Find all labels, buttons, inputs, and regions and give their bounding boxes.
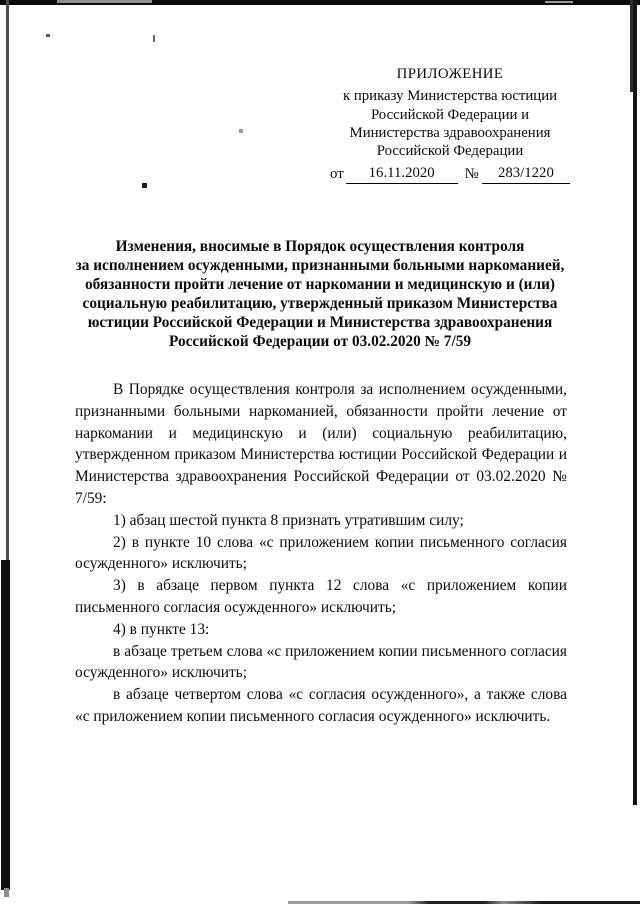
scan-artifact-right-line [633, 0, 637, 805]
scan-artifact-left-line [6, 0, 9, 565]
list-item-4: 4) в пункте 13: [75, 619, 567, 641]
header-line: к приказу Министерства юстиции [330, 87, 570, 105]
order-date-number-row: от 16.11.2020 № 283/1220 [330, 164, 570, 183]
intro-paragraph: В Порядке осуществления контроля за испо… [75, 379, 567, 510]
scan-artifact-top-bar-gap [57, 0, 152, 3]
title-line: обязанности пройти лечение от наркомании… [40, 275, 600, 294]
title-line: Изменения, вносимые в Порядок осуществле… [40, 237, 600, 256]
sub-paragraph: в абзаце третьем слова «с приложением ко… [75, 641, 567, 685]
title-line: Российской Федерации от 03.02.2020 № 7/5… [40, 332, 600, 351]
document-body: В Порядке осуществления контроля за испо… [75, 379, 567, 728]
order-number: 283/1220 [482, 164, 570, 183]
title-line: за исполнением осужденными, признанными … [40, 256, 600, 275]
list-item-2: 2) в пункте 10 слова «с приложением копи… [75, 532, 567, 576]
header-line: Российской Федерации [330, 142, 570, 160]
scan-artifact-right-line [630, 0, 633, 92]
list-item-1: 1) абзац шестой пункта 8 признать утрати… [75, 510, 567, 532]
sub-paragraph: в абзаце четвертом слова «с согласия осу… [75, 684, 567, 728]
scan-artifact-top-bar-gap [545, 1, 573, 3]
title-line: юстиции Российской Федерации и Министерс… [40, 313, 600, 332]
order-date: 16.11.2020 [346, 164, 458, 183]
scan-speck [142, 183, 147, 188]
scanned-document-page: ПРИЛОЖЕНИЕ к приказу Министерства юстици… [0, 0, 640, 905]
scan-artifact-left-line [1, 560, 10, 890]
header-line: Министерства здравоохранения [330, 124, 570, 142]
list-item-3: 3) в абзаце первом пункта 12 слова «с пр… [75, 575, 567, 619]
scan-speck [153, 35, 155, 42]
scan-speck [239, 129, 243, 133]
scan-artifact-left-line [4, 888, 9, 897]
appendix-header: ПРИЛОЖЕНИЕ к приказу Министерства юстици… [330, 65, 570, 184]
number-sign: № [458, 165, 482, 183]
header-line: Российской Федерации и [330, 106, 570, 124]
scan-speck [46, 34, 50, 37]
from-label: от [330, 165, 346, 183]
appendix-label: ПРИЛОЖЕНИЕ [330, 65, 570, 83]
document-title: Изменения, вносимые в Порядок осуществле… [40, 237, 600, 351]
title-line: социальную реабилитацию, утвержденный пр… [40, 294, 600, 313]
scan-artifact-bottom-line [288, 901, 640, 904]
